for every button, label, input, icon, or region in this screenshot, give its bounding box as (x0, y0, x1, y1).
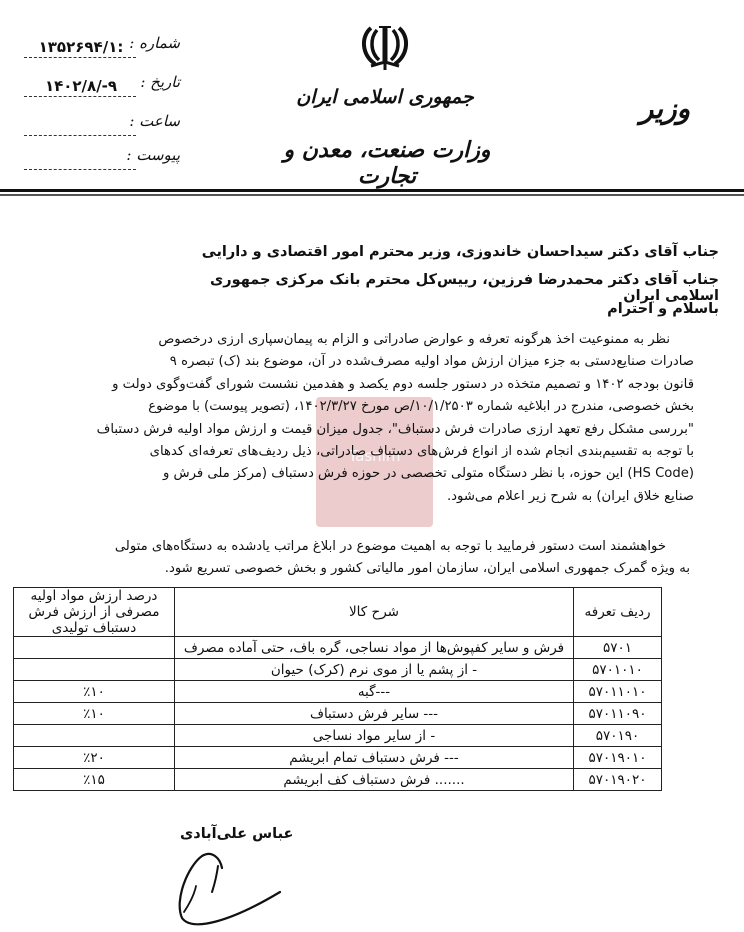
tariff-code: ۵۷۰۱۰۱۰ (574, 659, 662, 681)
letter-number-line (24, 57, 136, 58)
letter-number-value: ۱۳۵۲۶۹۴/۱: (32, 38, 130, 56)
table-header-row: ردیف تعرفه شرح کالا درصد ارزش مواد اولیه… (14, 588, 662, 637)
paragraph-line: "بررسی مشکل رفع تعهد ارزی صادرات فرش دست… (70, 419, 694, 441)
tariff-code: ۵۷۰۱ (574, 637, 662, 659)
header-percent: درصد ارزش مواد اولیه مصرفی از ارزش فرش د… (14, 588, 175, 637)
item-description: ---گبه (175, 681, 574, 703)
table-row: ۵۷۰۱۹۰۲۰ ....... فرش دستباف کف ابریشم ٪۱… (14, 769, 662, 791)
material-percent: ٪۱۵ (14, 769, 175, 791)
letter-time-label: ساعت : (129, 112, 180, 130)
letter-time-field: ساعت : (20, 112, 180, 140)
tariff-code: ۵۷۰۱۱۰۱۰ (574, 681, 662, 703)
minister-title: وزیر (620, 92, 710, 125)
paragraph-line: خواهشمند است دستور فرمایید با توجه به اه… (100, 536, 690, 558)
material-percent (14, 725, 175, 747)
letter-attachment-field: پیوست : (20, 146, 180, 174)
body-paragraph-1: نظر به ممنوعیت اخذ هرگونه تعرفه و عوارض … (70, 329, 694, 508)
letter-date-label: تاریخ : (140, 73, 180, 91)
tariff-code: ۵۷۰۱۱۰۹۰ (574, 703, 662, 725)
material-percent (14, 659, 175, 681)
addressee-1: جناب آقای دکتر سیداحسان خاندوزی، وزیر مح… (159, 244, 719, 260)
material-percent: ٪۱۰ (14, 681, 175, 703)
material-percent: ٪۱۰ (14, 703, 175, 725)
tariff-table: ردیف تعرفه شرح کالا درصد ارزش مواد اولیه… (13, 587, 662, 791)
table-row: ۵۷۰۱۱۰۹۰ --- سایر فرش دستباف ٪۱۰ (14, 703, 662, 725)
paragraph-line: صنایع خلاق ایران) به شرح زیر اعلام می‌شو… (70, 486, 694, 508)
header-tariff-code: ردیف تعرفه (574, 588, 662, 637)
body-paragraph-2: خواهشمند است دستور فرمایید با توجه به اه… (100, 536, 690, 581)
addressee-2: جناب آقای دکتر محمدرضا فرزین، رییس‌کل مح… (159, 272, 719, 304)
paragraph-line: قانون بودجه ۱۴۰۲ و تصمیم متخذه در دستور … (70, 374, 694, 396)
tariff-code: ۵۷۰۱۹۰۱۰ (574, 747, 662, 769)
paragraph-line: به ویژه گمرک جمهوری اسلامی ایران، سازمان… (100, 558, 690, 580)
item-description: --- سایر فرش دستباف (175, 703, 574, 725)
material-percent: ٪۲۰ (14, 747, 175, 769)
table-row: ۵۷۰۱۹۰۱۰ --- فرش دستباف تمام ابریشم ٪۲۰ (14, 747, 662, 769)
republic-title: جمهوری اسلامی ایران (280, 86, 490, 108)
tariff-code: ۵۷۰۱۹۰ (574, 725, 662, 747)
tariff-code: ۵۷۰۱۹۰۲۰ (574, 769, 662, 791)
letter-attachment-label: پیوست : (126, 146, 180, 164)
item-description: --- فرش دستباف تمام ابریشم (175, 747, 574, 769)
letter-attachment-line (24, 169, 136, 170)
table-row: ۵۷۰۱۰۱۰ - از پشم یا از موی نرم (کرک) حیو… (14, 659, 662, 681)
letter-date-line (24, 96, 136, 97)
handwritten-signature-icon (170, 840, 310, 932)
ministry-title: وزارت صنعت، معدن و تجارت (262, 137, 512, 189)
letter-date-field: تاریخ : ۱۴۰۲/۸/-۹ (20, 73, 180, 101)
item-description: فرش و سایر کفپوش‌ها از مواد نساجی، گره ب… (175, 637, 574, 659)
paragraph-line: نظر به ممنوعیت اخذ هرگونه تعرفه و عوارض … (70, 329, 694, 351)
table-row: ۵۷۰۱۱۰۱۰ ---گبه ٪۱۰ (14, 681, 662, 703)
header-divider (0, 189, 744, 192)
letter-date-value: ۱۴۰۲/۸/-۹ (32, 77, 130, 95)
letter-number-field: شماره : ۱۳۵۲۶۹۴/۱: (20, 34, 180, 62)
material-percent (14, 637, 175, 659)
paragraph-line: صادرات صنایع‌دستی به جزء میزان ارزش مواد… (70, 351, 694, 373)
header-description: شرح کالا (175, 588, 574, 637)
item-description: - از سایر مواد نساجی (175, 725, 574, 747)
item-description: - از پشم یا از موی نرم (کرک) حیوان (175, 659, 574, 681)
letter-time-line (24, 135, 136, 136)
paragraph-line: با توجه به تقسیم‌بندی انجام شده از انواع… (70, 441, 694, 463)
table-row: ۵۷۰۱۹۰ - از سایر مواد نساجی (14, 725, 662, 747)
iran-emblem-icon (357, 22, 413, 72)
salutation: باسلام و احترام (159, 301, 719, 317)
table-row: ۵۷۰۱ فرش و سایر کفپوش‌ها از مواد نساجی، … (14, 637, 662, 659)
paragraph-line: بخش خصوصی، مندرج در ابلاغیه شماره ۱۰/۱/۲… (70, 396, 694, 418)
paragraph-line: (HS Code) این حوزه، با نظر دستگاه متولی … (70, 463, 694, 485)
header-divider-secondary (0, 194, 744, 196)
item-description: ....... فرش دستباف کف ابریشم (175, 769, 574, 791)
letter-number-label: شماره : (129, 34, 180, 52)
